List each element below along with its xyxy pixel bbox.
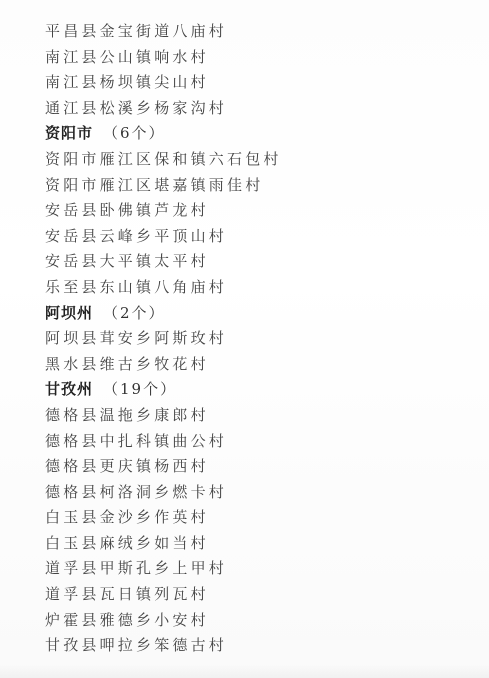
page-bottom-edge — [0, 664, 489, 678]
list-item: 通江县松溪乡杨家沟村 — [45, 96, 282, 122]
section-count: （2个） — [103, 304, 166, 322]
section-count: （19个） — [103, 380, 177, 398]
list-item: 道孚县甲斯孔乡上甲村 — [45, 556, 282, 582]
list-item: 白玉县金沙乡作英村 — [45, 505, 282, 531]
section-heading-aba: 阿坝州（2个） — [45, 301, 282, 327]
list-item: 乐至县东山镇八角庙村 — [45, 275, 282, 301]
list-item: 阿坝县茸安乡阿斯玫村 — [45, 326, 282, 352]
list-item: 甘孜县呷拉乡笨德古村 — [45, 633, 282, 659]
section-title: 阿坝州 — [45, 304, 93, 322]
document-page: 平昌县金宝街道八庙村 南江县公山镇响水村 南江县杨坝镇尖山村 通江县松溪乡杨家沟… — [0, 0, 489, 678]
section-title: 甘孜州 — [45, 380, 93, 398]
list-item: 炉霍县雅德乡小安村 — [45, 608, 282, 634]
list-item: 道孚县瓦日镇列瓦村 — [45, 582, 282, 608]
list-item: 安岳县卧佛镇芦龙村 — [45, 198, 282, 224]
section-heading-ganzi: 甘孜州（19个） — [45, 377, 282, 403]
list-item: 德格县温拖乡康郎村 — [45, 403, 282, 429]
list-item: 德格县更庆镇杨西村 — [45, 454, 282, 480]
section-title: 资阳市 — [45, 124, 93, 142]
list-item: 黑水县维古乡牧花村 — [45, 352, 282, 378]
list-item: 白玉县麻绒乡如当村 — [45, 531, 282, 557]
list-item: 南江县公山镇响水村 — [45, 45, 282, 71]
list-item: 安岳县云峰乡平顶山村 — [45, 224, 282, 250]
list-item: 资阳市雁江区保和镇六石包村 — [45, 147, 282, 173]
list-item: 资阳市雁江区堪嘉镇雨佳村 — [45, 173, 282, 199]
section-heading-ziyang: 资阳市（6个） — [45, 121, 282, 147]
village-list: 平昌县金宝街道八庙村 南江县公山镇响水村 南江县杨坝镇尖山村 通江县松溪乡杨家沟… — [45, 19, 282, 659]
list-item: 南江县杨坝镇尖山村 — [45, 70, 282, 96]
section-count: （6个） — [103, 124, 166, 142]
list-item: 德格县柯洛洞乡燃卡村 — [45, 480, 282, 506]
list-item: 德格县中扎科镇曲公村 — [45, 429, 282, 455]
list-item: 安岳县大平镇太平村 — [45, 249, 282, 275]
list-item: 平昌县金宝街道八庙村 — [45, 19, 282, 45]
